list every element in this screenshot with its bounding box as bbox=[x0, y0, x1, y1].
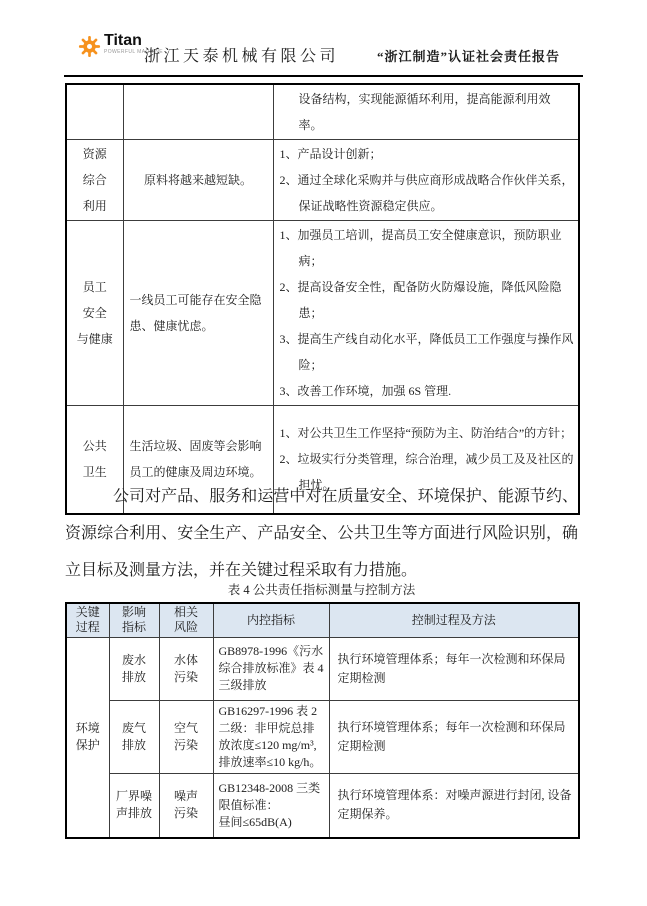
related-risk-cell: 空气 污染 bbox=[159, 700, 213, 773]
measure-item: 2、提高设备安全性，配备防火防爆设施，降低风险隐患； bbox=[280, 274, 575, 326]
risk-category-cell: 员工 安全 与健康 bbox=[66, 221, 123, 406]
col-header-control-method: 控制过程及方法 bbox=[329, 603, 579, 637]
control-method-cell: 执行环境管理体系；每年一次检测和环保局定期检测 bbox=[329, 700, 579, 773]
measures-cell: 1、产品设计创新； 2、通过全球化采购并与供应商形成战略合作伙伴关系，保证战略性… bbox=[273, 140, 579, 221]
measure-item: 设备结构，实现能源循环利用，提高能源利用效率。 bbox=[280, 86, 575, 138]
control-method-cell: 执行环境管理体系：对噪声源进行封闭, 设备定期保养。 bbox=[329, 773, 579, 838]
risk-description-cell: 原料将越来越短缺。 bbox=[123, 140, 273, 221]
risk-category-cell: 资源 综合 利用 bbox=[66, 140, 123, 221]
control-method-cell: 执行环境管理体系；每年一次检测和环保局定期检测 bbox=[329, 637, 579, 700]
key-process-cell: 环境 保护 bbox=[66, 637, 109, 838]
table-row: 厂界噪 声排放 噪声 污染 GB12348-2008 三类 限值标准： 昼间≤6… bbox=[66, 773, 579, 838]
impact-indicator-cell: 废水 排放 bbox=[109, 637, 159, 700]
measure-item: 3、改善工作环境，加强 6S 管理. bbox=[280, 378, 575, 404]
document-page: Titan POWERFUL MACHINE 浙江天泰机械有限公司 “浙江制造”… bbox=[0, 0, 647, 906]
risk-description-cell: 一线员工可能存在安全隐患、健康忧虑。 bbox=[123, 221, 273, 406]
internal-control-cell: GB16297-1996 表 2 二级：非甲烷总排放浓度≤120 mg/m³, … bbox=[213, 700, 329, 773]
related-risk-cell: 水体 污染 bbox=[159, 637, 213, 700]
measure-item: 2、通过全球化采购并与供应商形成战略合作伙伴关系，保证战略性资源稳定供应。 bbox=[280, 167, 575, 219]
measure-item: 1、加强员工培训，提高员工安全健康意识，预防职业病； bbox=[280, 222, 575, 274]
table-row: 环境 保护 废水 排放 水体 污染 GB8978-1996《污水综合排放标准》表… bbox=[66, 637, 579, 700]
col-header-internal-control: 内控指标 bbox=[213, 603, 329, 637]
risk-description-cell bbox=[123, 84, 273, 140]
control-methods-table: 关键 过程 影响 指标 相关 风险 内控指标 控制过程及方法 环境 保护 废水 … bbox=[65, 602, 580, 839]
titan-gear-icon bbox=[78, 35, 101, 58]
body-paragraph: 公司对产品、服务和运营中对在质量安全、环境保护、能源节约、资源综合利用、安全生产… bbox=[65, 478, 578, 589]
impact-indicator-cell: 废气 排放 bbox=[109, 700, 159, 773]
col-header-risk: 相关 风险 bbox=[159, 603, 213, 637]
col-header-key-process: 关键 过程 bbox=[66, 603, 109, 637]
company-name: 浙江天泰机械有限公司 bbox=[144, 43, 339, 66]
measure-item: 1、产品设计创新； bbox=[280, 141, 575, 167]
measures-cell: 1、加强员工培训，提高员工安全健康意识，预防职业病； 2、提高设备安全性，配备防… bbox=[273, 221, 579, 406]
report-title: “浙江制造”认证社会责任报告 bbox=[377, 46, 560, 65]
measures-cell: 设备结构，实现能源循环利用，提高能源利用效率。 bbox=[273, 84, 579, 140]
measure-item: 3、提高生产线自动化水平，降低员工工作强度与操作风险； bbox=[280, 326, 575, 378]
internal-control-cell: GB12348-2008 三类 限值标准： 昼间≤65dB(A) bbox=[213, 773, 329, 838]
header-divider bbox=[64, 75, 583, 77]
risk-measures-table: 设备结构，实现能源循环利用，提高能源利用效率。 资源 综合 利用 原料将越来越短… bbox=[65, 83, 580, 515]
measure-item: 1、对公共卫生工作坚持“预防为主、防治结合”的方针； bbox=[280, 420, 575, 446]
impact-indicator-cell: 厂界噪 声排放 bbox=[109, 773, 159, 838]
table-header-row: 关键 过程 影响 指标 相关 风险 内控指标 控制过程及方法 bbox=[66, 603, 579, 637]
related-risk-cell: 噪声 污染 bbox=[159, 773, 213, 838]
table-row: 设备结构，实现能源循环利用，提高能源利用效率。 bbox=[66, 84, 579, 140]
table-row: 资源 综合 利用 原料将越来越短缺。 1、产品设计创新； 2、通过全球化采购并与… bbox=[66, 140, 579, 221]
risk-category-cell bbox=[66, 84, 123, 140]
col-header-impact: 影响 指标 bbox=[109, 603, 159, 637]
table4-caption: 表 4 公共责任指标测量与控制方法 bbox=[65, 580, 578, 598]
table-row: 废气 排放 空气 污染 GB16297-1996 表 2 二级：非甲烷总排放浓度… bbox=[66, 700, 579, 773]
internal-control-cell: GB8978-1996《污水综合排放标准》表 4 三级排放 bbox=[213, 637, 329, 700]
table-row: 员工 安全 与健康 一线员工可能存在安全隐患、健康忧虑。 1、加强员工培训，提高… bbox=[66, 221, 579, 406]
